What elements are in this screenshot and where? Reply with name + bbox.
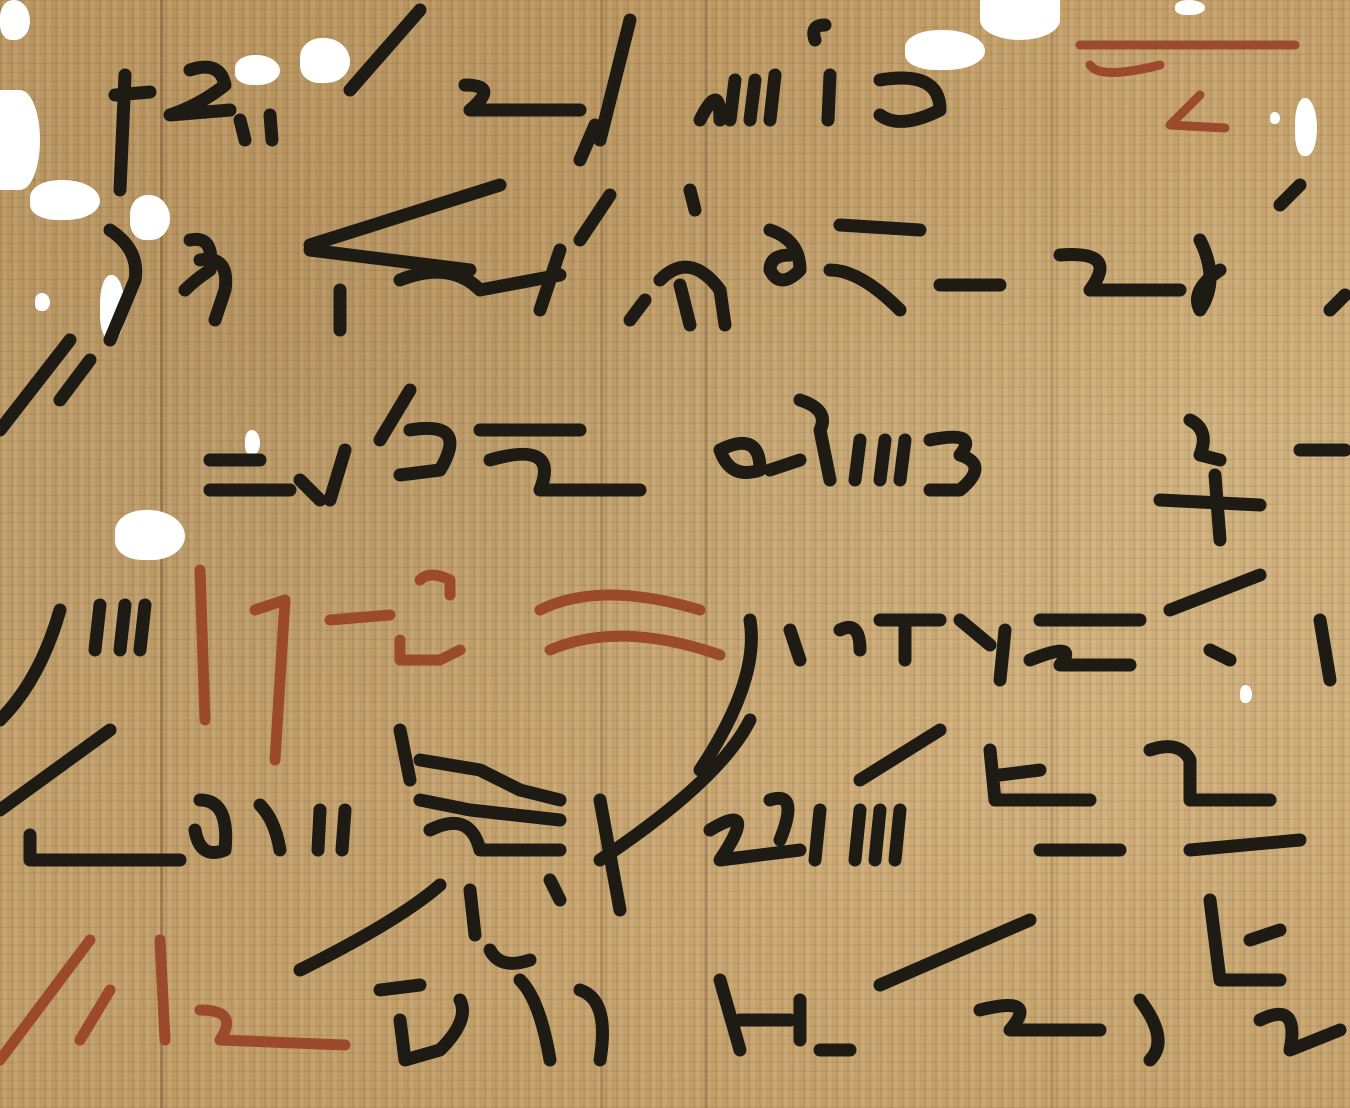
text-line-3 (0, 340, 1345, 540)
text-line-5 (0, 720, 1300, 910)
rubric-line-6 (0, 940, 345, 1060)
rubric-line-4 (200, 570, 720, 760)
rubric-line-1 (1080, 45, 1295, 128)
hieratic-text (0, 0, 1350, 1108)
text-line-6 (300, 885, 1340, 1060)
text-line-1 (115, 10, 940, 190)
text-line-2 (60, 185, 1345, 400)
